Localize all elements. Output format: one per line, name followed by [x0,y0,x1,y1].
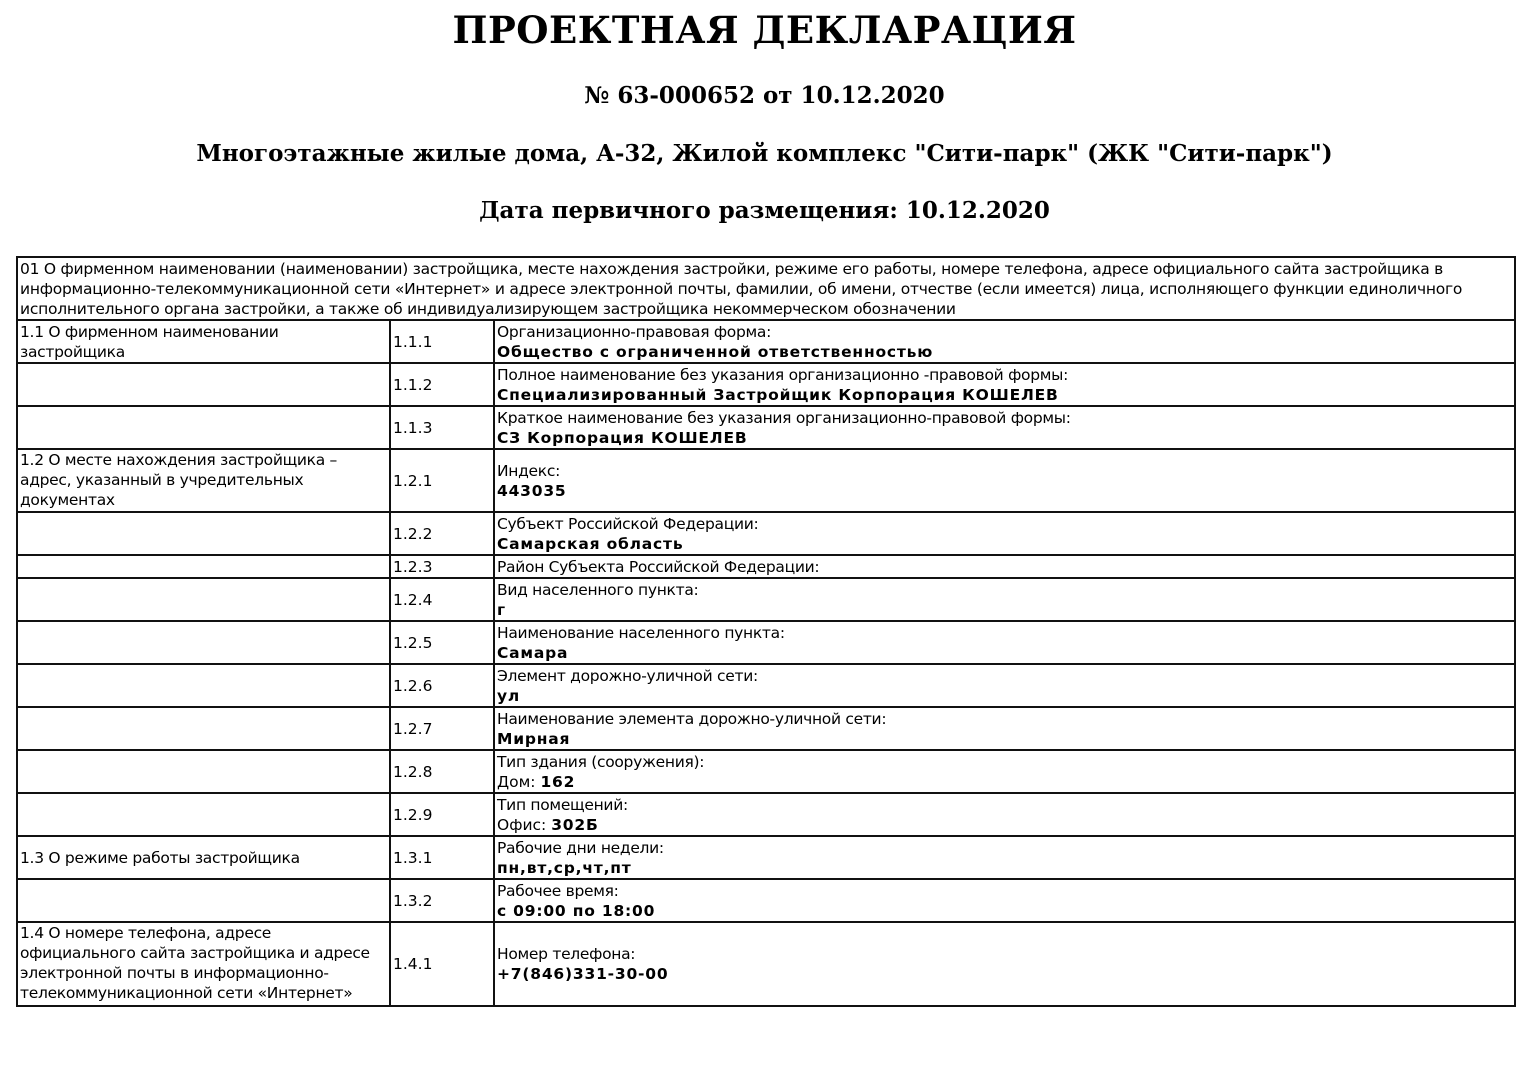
item-value: с 09:00 по 18:00 [497,902,655,920]
item-code: 1.2.5 [390,621,494,664]
item-label: Рабочее время: [497,881,1512,901]
item-label: Полное наименование без указания организ… [497,365,1512,385]
item-label: Номер телефона: [497,944,1512,964]
first-placement-date: Дата первичного размещения: 10.12.2020 [0,197,1529,224]
item-value-line: +7(846)331-30-00 [497,965,668,983]
item-label: Рабочие дни недели: [497,838,1512,858]
item-value-prefix: Дом: [497,773,540,791]
item-value-line: Мирная [497,730,570,748]
item-content: Субъект Российской Федерации:Самарская о… [494,512,1515,555]
group-label: 1.3 О режиме работы застройщика [17,836,390,879]
table-row: 1.3 О режиме работы застройщика1.3.1Рабо… [17,836,1515,879]
item-content: Наименование элемента дорожно-уличной се… [494,707,1515,750]
group-label [17,363,390,406]
item-code: 1.2.2 [390,512,494,555]
group-label [17,664,390,707]
section-heading: 01 О фирменном наименовании (наименовани… [17,257,1515,320]
item-content: Номер телефона:+7(846)331-30-00 [494,922,1515,1006]
table-row: 1.2.9Тип помещений:Офис: 302Б [17,793,1515,836]
table-row: 1.2.7Наименование элемента дорожно-уличн… [17,707,1515,750]
item-content: Наименование населенного пункта:Самара [494,621,1515,664]
item-value: Общество с ограниченной ответственностью [497,343,933,361]
item-value-line: пн,вт,ср,чт,пт [497,859,632,877]
group-label [17,707,390,750]
item-code: 1.2.6 [390,664,494,707]
item-label: Элемент дорожно-уличной сети: [497,666,1512,686]
item-value: пн,вт,ср,чт,пт [497,859,632,877]
table-row: 1.2.2Субъект Российской Федерации:Самарс… [17,512,1515,555]
item-value: +7(846)331-30-00 [497,965,668,983]
table-row: 1.2.4Вид населенного пункта:г [17,578,1515,621]
document-title: ПРОЕКТНАЯ ДЕКЛАРАЦИЯ [0,8,1529,52]
item-label: Вид населенного пункта: [497,580,1512,600]
item-code: 1.3.2 [390,879,494,922]
table-row: 1.1.2Полное наименование без указания ор… [17,363,1515,406]
item-content: Рабочее время:с 09:00 по 18:00 [494,879,1515,922]
item-value-line: ул [497,687,520,705]
item-content: Рабочие дни недели:пн,вт,ср,чт,пт [494,836,1515,879]
group-label: 1.4 О номере телефона, адресе официально… [17,922,390,1006]
item-label: Наименование элемента дорожно-уличной се… [497,709,1512,729]
item-value: Мирная [497,730,570,748]
item-value-line: СЗ Корпорация КОШЕЛЕВ [497,429,747,447]
item-label: Район Субъекта Российской Федерации: [497,557,1512,577]
item-content: Тип здания (сооружения):Дом: 162 [494,750,1515,793]
item-code: 1.2.1 [390,449,494,512]
item-code: 1.2.9 [390,793,494,836]
declaration-table: 01 О фирменном наименовании (наименовани… [16,256,1516,1007]
item-value-line: Офис: 302Б [497,816,599,834]
item-value-line: с 09:00 по 18:00 [497,902,655,920]
item-value: СЗ Корпорация КОШЕЛЕВ [497,429,747,447]
item-value: г [497,601,506,619]
item-code: 1.2.8 [390,750,494,793]
item-value: Самарская область [497,535,683,553]
table-row: 1.2.5Наименование населенного пункта:Сам… [17,621,1515,664]
item-value: 443035 [497,482,567,500]
table-row: 1.2.8Тип здания (сооружения):Дом: 162 [17,750,1515,793]
table-row: 1.2 О месте нахождения застройщика – адр… [17,449,1515,512]
item-code: 1.2.3 [390,555,494,578]
item-content: Организационно-правовая форма:Общество с… [494,320,1515,363]
item-value-line: 443035 [497,482,567,500]
group-label [17,750,390,793]
table-row: 1.2.3Район Субъекта Российской Федерации… [17,555,1515,578]
group-label [17,512,390,555]
item-value: 302Б [551,816,598,834]
item-content: Полное наименование без указания организ… [494,363,1515,406]
item-label: Индекс: [497,461,1512,481]
item-value: 162 [540,773,575,791]
item-value-line: Самара [497,644,568,662]
item-value-line: г [497,601,506,619]
item-content: Индекс:443035 [494,449,1515,512]
item-value-line: Общество с ограниченной ответственностью [497,343,933,361]
group-label [17,621,390,664]
item-label: Наименование населенного пункта: [497,623,1512,643]
item-value: Специализированный Застройщик Корпорация… [497,386,1059,404]
item-content: Вид населенного пункта:г [494,578,1515,621]
item-content: Тип помещений:Офис: 302Б [494,793,1515,836]
item-code: 1.1.2 [390,363,494,406]
table-row: 1.4 О номере телефона, адресе официально… [17,922,1515,1006]
item-content: Краткое наименование без указания органи… [494,406,1515,449]
item-code: 1.1.1 [390,320,494,363]
item-value-prefix: Офис: [497,816,551,834]
group-label [17,879,390,922]
item-code: 1.1.3 [390,406,494,449]
group-label [17,406,390,449]
group-label [17,555,390,578]
item-label: Организационно-правовая форма: [497,322,1512,342]
item-code: 1.2.7 [390,707,494,750]
item-value: Самара [497,644,568,662]
section-heading-row: 01 О фирменном наименовании (наименовани… [17,257,1515,320]
item-label: Субъект Российской Федерации: [497,514,1512,534]
item-content: Элемент дорожно-уличной сети:ул [494,664,1515,707]
table-row: 1.1 О фирменном наименовании застройщика… [17,320,1515,363]
group-label: 1.2 О месте нахождения застройщика – адр… [17,449,390,512]
item-value: ул [497,687,520,705]
item-value-line: Самарская область [497,535,683,553]
item-code: 1.4.1 [390,922,494,1006]
item-code: 1.3.1 [390,836,494,879]
item-value-line: Специализированный Застройщик Корпорация… [497,386,1059,404]
group-label [17,793,390,836]
item-content: Район Субъекта Российской Федерации: [494,555,1515,578]
group-label [17,578,390,621]
item-label: Краткое наименование без указания органи… [497,408,1512,428]
item-value-line: Дом: 162 [497,773,575,791]
declaration-number: № 63-000652 от 10.12.2020 [0,82,1529,109]
group-label: 1.1 О фирменном наименовании застройщика [17,320,390,363]
table-row: 1.2.6Элемент дорожно-уличной сети:ул [17,664,1515,707]
item-label: Тип помещений: [497,795,1512,815]
object-name: Многоэтажные жилые дома, А-32, Жилой ком… [0,140,1529,167]
table-row: 1.3.2Рабочее время:с 09:00 по 18:00 [17,879,1515,922]
item-code: 1.2.4 [390,578,494,621]
table-row: 1.1.3Краткое наименование без указания о… [17,406,1515,449]
item-label: Тип здания (сооружения): [497,752,1512,772]
